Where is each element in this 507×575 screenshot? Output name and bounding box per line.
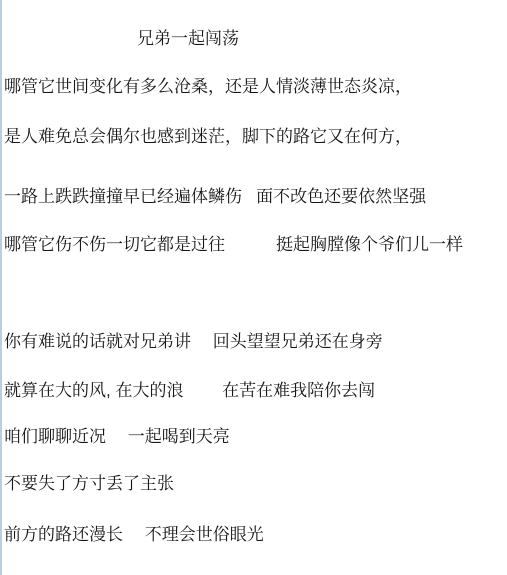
lyric-line: 不要失了方寸丢了主张 (4, 473, 174, 495)
lyric-line: 咱们聊聊近况 一起喝到天亮 (4, 426, 230, 448)
lyric-line: 哪管它世间变化有多么沧桑，还是人情淡薄世态炎凉， (4, 76, 412, 98)
lyrics-document-page: 兄弟一起闯荡 哪管它世间变化有多么沧桑，还是人情淡薄世态炎凉， 是人难免总会偶尔… (0, 0, 507, 575)
left-edge-divider (0, 0, 2, 575)
lyric-line: 哪管它伤不伤一切它都是过往 挺起胸膛像个爷们儿一样 (4, 234, 463, 256)
lyric-line: 是人难免总会偶尔也感到迷茫，脚下的路它又在何方， (4, 126, 412, 148)
lyric-line: 就算在大的风, 在大的浪 在苦在难我陪你去闯 (4, 380, 375, 402)
lyric-line: 前方的路还漫长 不理会世俗眼光 (4, 524, 264, 546)
lyric-line: 一路上跌跌撞撞早已经遍体鳞伤 面不改色还要依然坚强 (4, 186, 426, 208)
lyric-line: 你有难说的话就对兄弟讲 回头望望兄弟还在身旁 (4, 331, 383, 353)
song-title: 兄弟一起闯荡 (137, 28, 239, 50)
